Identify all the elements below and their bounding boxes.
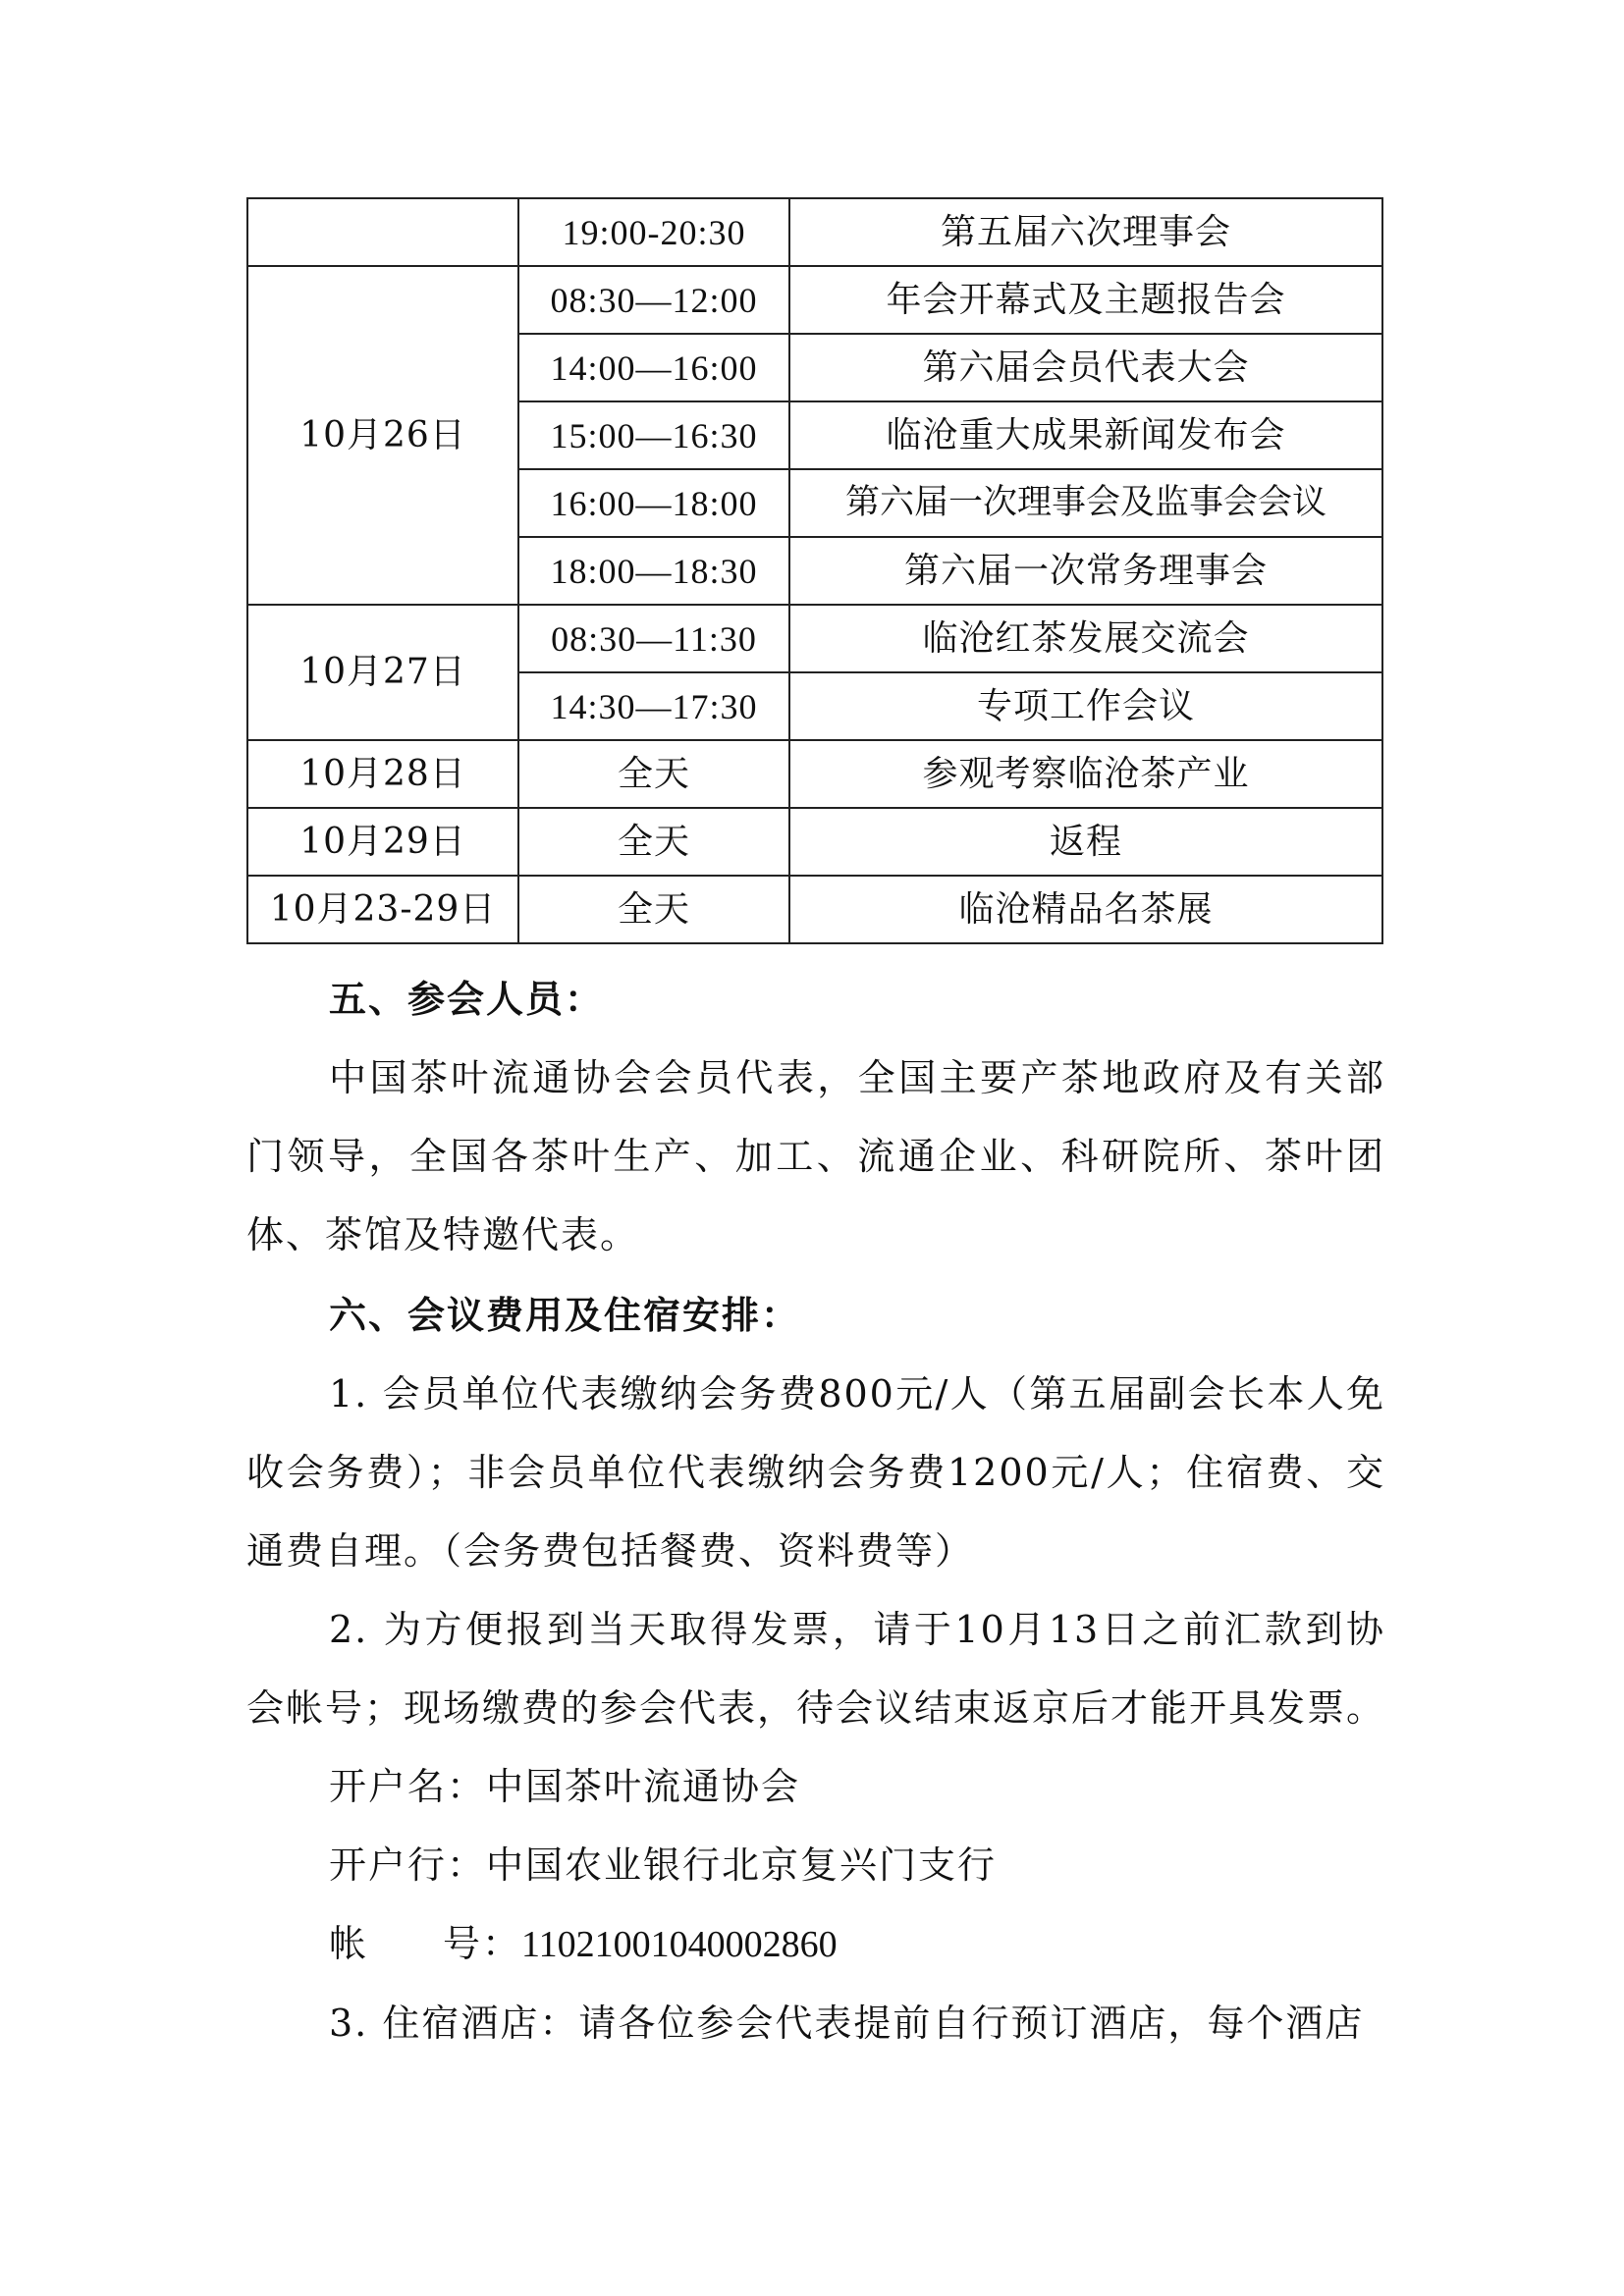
section-attendees: 五、参会人员： 中国茶叶流通协会会员代表，全国主要产茶地政府及有关部门领导，全国… [246,960,1385,1274]
table-row: 19:00-20:30 第五届六次理事会 [247,198,1382,266]
time-cell: 全天 [518,740,789,808]
account-number-label-part1: 帐 [329,1922,368,1965]
date-cell [247,198,518,266]
date-cell: 10月29日 [247,808,518,876]
account-name-line: 开户名：中国茶叶流通协会 [246,1747,1385,1826]
fee-item-1: 1. 会员单位代表缴纳会务费800元/人（第五届副会长本人免收会务费）；非会员单… [246,1355,1385,1590]
event-cell: 年会开幕式及主题报告会 [789,266,1382,334]
event-cell: 专项工作会议 [789,672,1382,740]
time-cell: 18:00—18:30 [518,537,789,605]
event-cell: 返程 [789,808,1382,876]
bank-line: 开户行：中国农业银行北京复兴门支行 [246,1826,1385,1904]
attendees-paragraph: 中国茶叶流通协会会员代表，全国主要产茶地政府及有关部门领导，全国各茶叶生产、加工… [246,1039,1385,1274]
date-cell: 10月23-29日 [247,876,518,943]
account-number-value: 11021001040002860 [521,1924,838,1965]
event-cell: 第六届会员代表大会 [789,334,1382,401]
table-row: 10月27日 08:30—11:30 临沧红茶发展交流会 [247,605,1382,672]
table-row: 10月29日 全天 返程 [247,808,1382,876]
table-row: 10月28日 全天 参观考察临沧茶产业 [247,740,1382,808]
bank-value: 中国农业银行北京复兴门支行 [486,1843,997,1887]
table-row: 10月23-29日 全天 临沧精品名茶展 [247,876,1382,943]
account-name-value: 中国茶叶流通协会 [486,1765,800,1808]
account-number-line: 帐号：11021001040002860 [246,1904,1385,1984]
time-cell: 16:00—18:00 [518,469,789,537]
time-cell: 19:00-20:30 [518,198,789,266]
document-page: 19:00-20:30 第五届六次理事会 10月26日 08:30—12:00 … [0,0,1624,2296]
section-heading: 六、会议费用及住宿安排： [246,1276,1385,1355]
event-cell: 参观考察临沧茶产业 [789,740,1382,808]
section-fees: 六、会议费用及住宿安排： 1. 会员单位代表缴纳会务费800元/人（第五届副会长… [246,1276,1385,2062]
hotel-item-3: 3. 住宿酒店：请各位参会代表提前自行预订酒店，每个酒店 [246,1984,1385,2062]
date-cell: 10月27日 [247,605,518,740]
bank-label: 开户行： [329,1843,486,1887]
time-cell: 14:00—16:00 [518,334,789,401]
account-name-label: 开户名： [329,1765,486,1808]
date-cell: 10月28日 [247,740,518,808]
fee-item-2: 2. 为方便报到当天取得发票，请于10月13日之前汇款到协会帐号；现场缴费的参会… [246,1590,1385,1747]
section-heading: 五、参会人员： [246,960,1385,1039]
time-cell: 全天 [518,876,789,943]
event-cell: 临沧红茶发展交流会 [789,605,1382,672]
time-cell: 08:30—12:00 [518,266,789,334]
table-row: 10月26日 08:30—12:00 年会开幕式及主题报告会 [247,266,1382,334]
event-cell: 第六届一次常务理事会 [789,537,1382,605]
schedule-table: 19:00-20:30 第五届六次理事会 10月26日 08:30—12:00 … [246,197,1383,944]
time-cell: 15:00—16:30 [518,401,789,469]
event-cell: 临沧重大成果新闻发布会 [789,401,1382,469]
time-cell: 全天 [518,808,789,876]
event-cell: 第五届六次理事会 [789,198,1382,266]
time-cell: 08:30—11:30 [518,605,789,672]
date-cell: 10月26日 [247,266,518,605]
time-cell: 14:30—17:30 [518,672,789,740]
account-number-label-part2: 号： [443,1922,521,1965]
event-cell: 第六届一次理事会及监事会会议 [789,469,1382,537]
event-cell: 临沧精品名茶展 [789,876,1382,943]
